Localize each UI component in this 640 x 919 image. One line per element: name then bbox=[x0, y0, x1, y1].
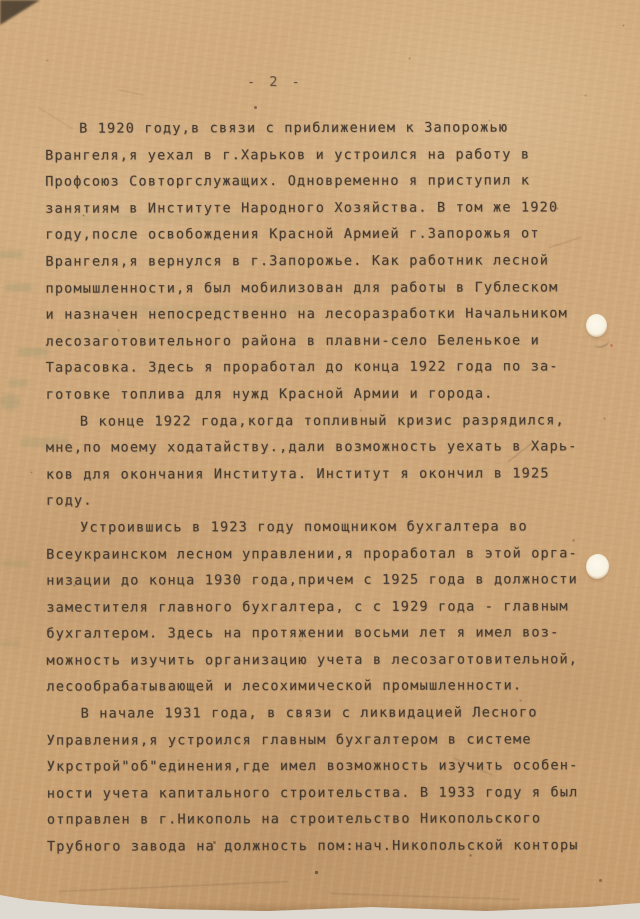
scanned-document: - 2 - В 1920 году,в связи с приближением… bbox=[0, 0, 640, 919]
paper-bottom-edge bbox=[0, 902, 640, 919]
ink-bleed-mark bbox=[6, 284, 32, 291]
paper-sheet: - 2 - В 1920 году,в связи с приближением… bbox=[0, 0, 640, 919]
ink-bleed-mark bbox=[0, 394, 20, 410]
ink-bleed-mark bbox=[2, 560, 28, 567]
page-number: - 2 - bbox=[247, 74, 303, 90]
paragraph-3: Устроившись в 1923 году помощником бухга… bbox=[46, 513, 606, 701]
ink-bleed-mark bbox=[18, 348, 48, 356]
ink-bleed-mark bbox=[0, 251, 22, 258]
corner-shadow bbox=[0, 0, 40, 25]
ink-bleed-mark bbox=[8, 380, 28, 386]
punch-hole bbox=[586, 314, 607, 337]
paragraph-1: В 1920 году,в связи с приближением к Зап… bbox=[45, 114, 606, 408]
paragraph-2: В конце 1922 года,когда топливный кризис… bbox=[46, 407, 606, 515]
ink-bleed-mark bbox=[0, 640, 20, 647]
paragraph-4: В начале 1931 года, в связи с ликвидацие… bbox=[47, 699, 607, 860]
typewritten-text-block: В 1920 году,в связи с приближением к Зап… bbox=[45, 114, 607, 860]
